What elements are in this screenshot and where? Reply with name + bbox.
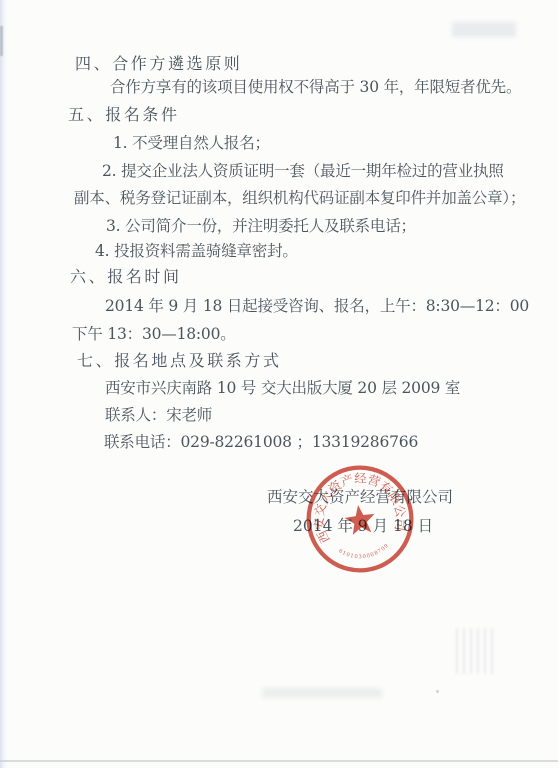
- section-heading-7: 七、报名地点及联系方式: [77, 351, 282, 371]
- text-line: 联系电话：029-82261008 ；13319286766: [104, 432, 418, 452]
- company-seal-stamp: 西安交大资产经营有限公司 6101030008709: [297, 456, 423, 582]
- scan-smudge: [452, 22, 516, 37]
- scan-speck: [436, 690, 439, 693]
- text-line: 副本、税务登记证副本，组织机构代码证副本复印件并加盖公章）；: [74, 188, 525, 208]
- text-line: 合作方享有的该项目使用权不得高于 30 年，年限短者优先。: [110, 77, 521, 97]
- section-heading-5: 五、报名条件: [68, 105, 180, 125]
- text-line: 2014 年 9 月 18 日起接受咨询、报名，上午：8:30—12：00: [105, 296, 529, 316]
- section-heading-6: 六、报名时间: [70, 267, 182, 287]
- scan-edge-shadow: [0, 0, 8, 768]
- seal-star-icon: [343, 503, 377, 536]
- seal-serial-number: 6101030008709: [337, 541, 392, 563]
- text-line: 3. 公司简介一份，并注明委托人及联系电话；: [106, 216, 416, 236]
- text-line: 西安市兴庆南路 10 号 交大出版大厦 20 层 2009 室: [105, 378, 460, 398]
- scanned-document-page: 四、合作方遴选原则 合作方享有的该项目使用权不得高于 30 年，年限短者优先。 …: [0, 0, 558, 768]
- text-line: 下午 13：30—18:00。: [72, 324, 236, 344]
- scan-smudge: [456, 628, 494, 674]
- text-line: 4. 投报资料需盖骑缝章密封。: [95, 241, 298, 261]
- text-line: 1. 不受理自然人报名；: [113, 133, 270, 153]
- seal-arc-text: 西安交大资产经营有限公司: [305, 464, 410, 546]
- scan-smudge: [262, 688, 382, 698]
- scan-bottom-line: [0, 760, 558, 762]
- scan-edge-mark: [0, 26, 3, 56]
- section-heading-4: 四、合作方遴选原则: [75, 54, 242, 74]
- text-line: 2. 提交企业法人资质证明一套（最近一期年检过的营业执照: [102, 161, 504, 181]
- text-line: 联系人：宋老师: [105, 405, 212, 425]
